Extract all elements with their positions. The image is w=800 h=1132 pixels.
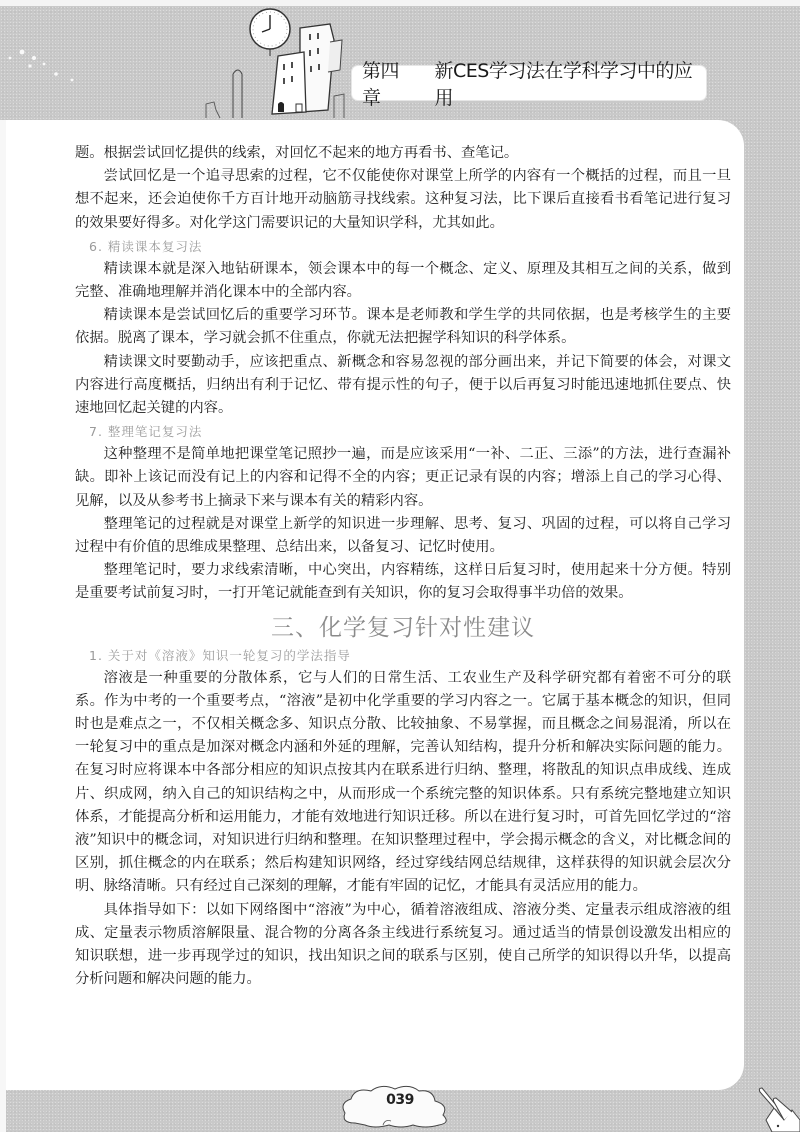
paragraph: 精读课本就是深入地钻研课本，领会课本中的每一个概念、定义、原理及其相互之间的关系…	[75, 258, 731, 304]
paragraph: 尝试回忆是一个追寻思索的过程，它不仅能使你对课堂上所学的内容有一个概括的过程，而…	[75, 165, 731, 235]
chapter-number: 第四章	[362, 56, 417, 110]
paragraph: 溶液是一种重要的分散体系，它与人们的日常生活、工农业生产及科学研究都有着密不可分…	[75, 667, 731, 899]
chapter-header: 第四章 新CES学习法在学科学习中的应用	[352, 66, 706, 100]
subsection-heading: 7. 整理笔记复习法	[75, 420, 731, 443]
page-number: 039	[0, 1092, 800, 1108]
paragraph: 这种整理不是简单地把课堂笔记照抄一遍，而是应该采用“一补、二正、三添”的方法，进…	[75, 443, 731, 513]
paragraph: 整理笔记时，要力求线索清晰，中心突出，内容精练，这样日后复习时，使用起来十分方便…	[75, 559, 731, 605]
clock-and-buildings-icon	[0, 0, 360, 120]
paragraph: 具体指导如下：以如下网络图中“溶液”为中心，循着溶液组成、溶液分类、定量表示组成…	[75, 899, 731, 992]
section-title: 三、化学复习针对性建议	[75, 608, 731, 648]
chapter-title: 新CES学习法在学科学习中的应用	[435, 56, 706, 110]
paragraph: 精读课本是尝试回忆后的重要学习环节。课本是老师教和学生学的共同依据，也是考核学生…	[75, 304, 731, 350]
paragraph: 整理笔记的过程就是对课堂上新学的知识进一步理解、思考、复习、巩固的过程，可以将自…	[75, 513, 731, 559]
paragraph: 精读课文时要勤动手，应该把重点、新概念和容易忽视的部分画出来，并记下简要的体会，…	[75, 351, 731, 421]
paragraph: 题。根据尝试回忆提供的线索，对回忆不起来的地方再看书、查笔记。	[75, 142, 731, 165]
rabbit-ears-icon	[752, 1080, 800, 1132]
subsection-heading: 6. 精读课本复习法	[75, 235, 731, 258]
page-body: 题。根据尝试回忆提供的线索，对回忆不起来的地方再看书、查笔记。 尝试回忆是一个追…	[75, 142, 731, 992]
